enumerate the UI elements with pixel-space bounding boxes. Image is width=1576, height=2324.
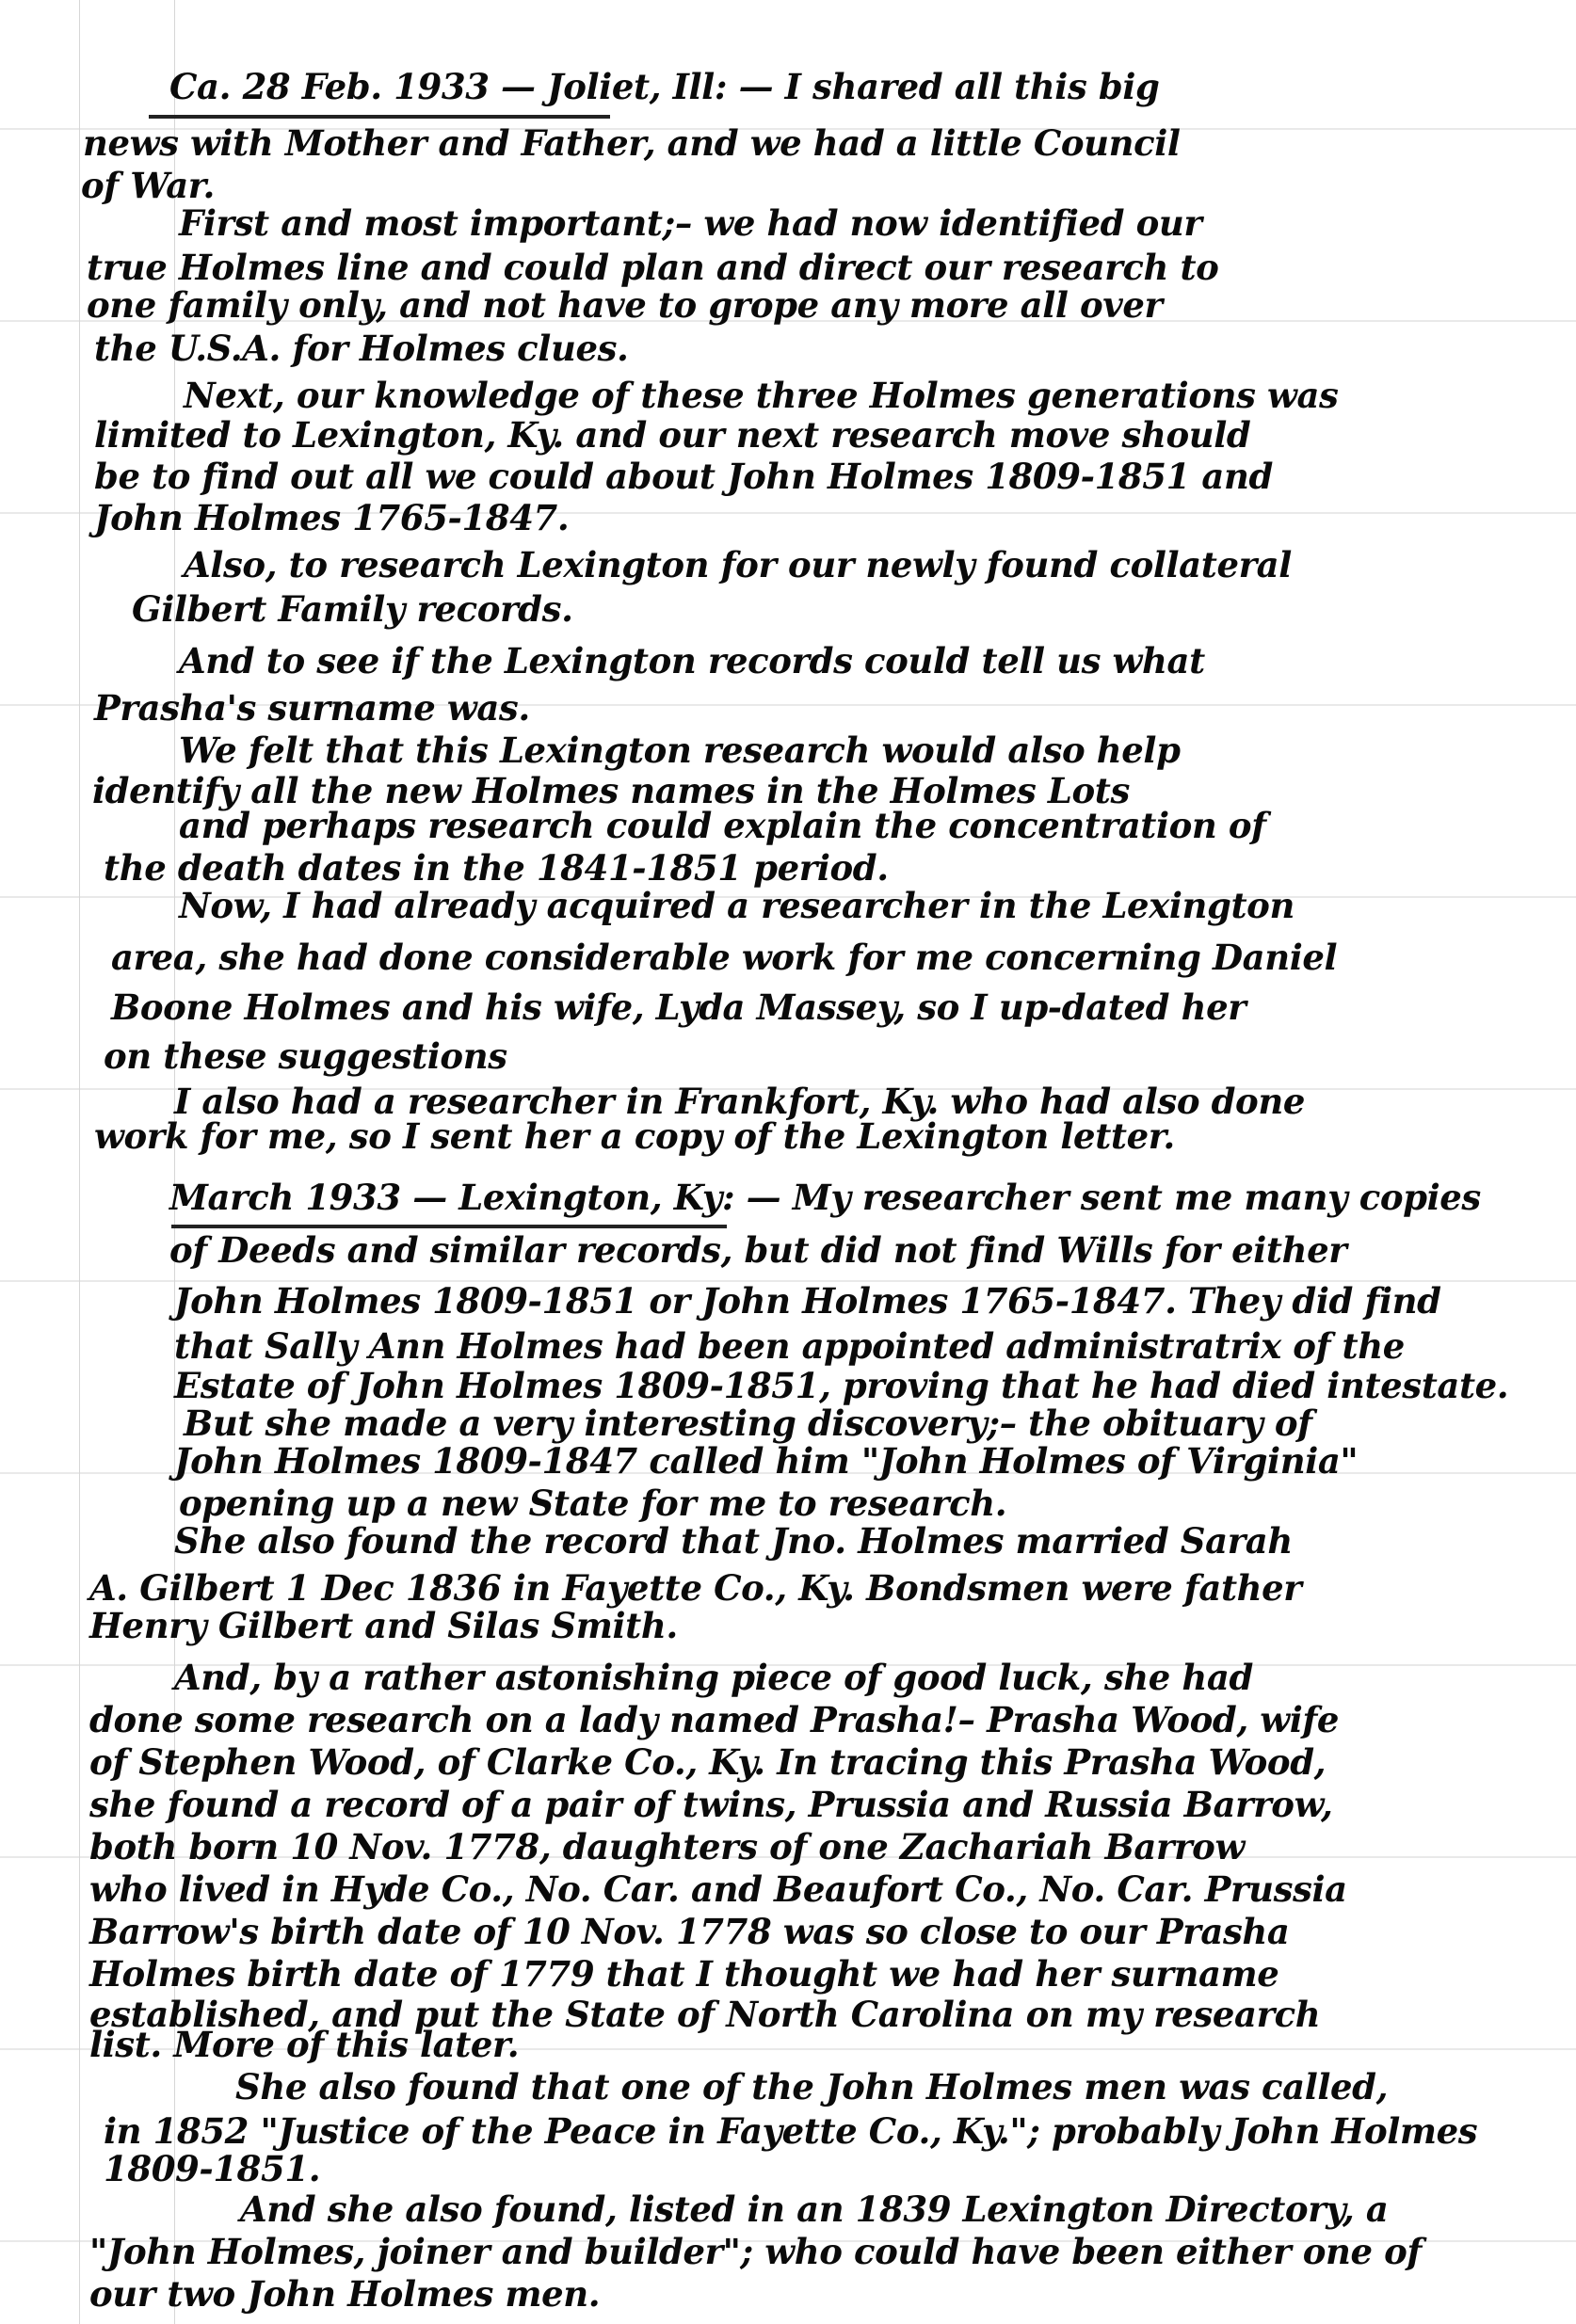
- entry-heading-line: March 1933 — Lexington, Ky: — My researc…: [169, 1177, 1481, 1218]
- text-line: Also, to research Lexington for our newl…: [184, 544, 1292, 585]
- text-line: the U.S.A. for Holmes clues.: [94, 328, 629, 369]
- text-line: First and most important;– we had now id…: [179, 202, 1202, 244]
- text-line: Next, our knowledge of these three Holme…: [184, 375, 1338, 416]
- text-line: on these suggestions: [104, 1035, 507, 1077]
- text-line: news with Mother and Father, and we had …: [83, 122, 1181, 164]
- text-line: and perhaps research could explain the c…: [179, 805, 1266, 846]
- text-line: Holmes birth date of 1779 that I thought…: [89, 1953, 1278, 1995]
- entry-heading-line: Ca. 28 Feb. 1933 — Joliet, Ill: — I shar…: [169, 66, 1535, 107]
- text-line: in 1852 "Justice of the Peace in Fayette…: [104, 2110, 1477, 2152]
- text-line: she found a record of a pair of twins, P…: [89, 1784, 1333, 1825]
- text-line: opening up a new State for me to researc…: [179, 1483, 1006, 1524]
- text-line: limited to Lexington, Ky. and our next r…: [94, 414, 1250, 456]
- heading-underline: [149, 115, 610, 119]
- text-line: be to find out all we could about John H…: [94, 456, 1273, 497]
- text-line: of War.: [81, 165, 215, 206]
- text-line: area, she had done considerable work for…: [111, 937, 1337, 978]
- text-line: Boone Holmes and his wife, Lyda Massey, …: [111, 986, 1246, 1028]
- text-line: "John Holmes, joiner and builder"; who c…: [89, 2231, 1422, 2272]
- journal-page: Ca. 28 Feb. 1933 — Joliet, Ill: — I shar…: [0, 0, 1576, 2324]
- text-line: A. Gilbert 1 Dec 1836 in Fayette Co., Ky…: [89, 1567, 1301, 1609]
- text-line: both born 10 Nov. 1778, daughters of one…: [89, 1826, 1245, 1867]
- text-line: Now, I had already acquired a researcher…: [179, 885, 1295, 926]
- text-line: that Sally Ann Holmes had been appointed…: [174, 1325, 1405, 1367]
- text-line: John Holmes 1809-1851 or John Holmes 176…: [174, 1280, 1441, 1322]
- left-margin-line: [79, 0, 80, 2324]
- text-line: done some research on a lady named Prash…: [89, 1699, 1339, 1740]
- text-line: But she made a very interesting discover…: [184, 1402, 1312, 1444]
- heading-underline: [171, 1225, 727, 1228]
- text-line: We felt that this Lexington research wou…: [179, 729, 1181, 771]
- text-line: our two John Holmes men.: [89, 2273, 600, 2315]
- text-line: She also found the record that Jno. Holm…: [174, 1520, 1293, 1562]
- text-line: Barrow's birth date of 10 Nov. 1778 was …: [89, 1911, 1289, 1952]
- text-line: who lived in Hyde Co., No. Car. and Beau…: [89, 1868, 1347, 1910]
- text-line: John Holmes 1765-1847.: [94, 497, 569, 538]
- text-line: 1809-1851.: [104, 2148, 320, 2189]
- text-line: Gilbert Family records.: [132, 588, 573, 630]
- text-line: the death dates in the 1841-1851 period.: [104, 847, 889, 889]
- text-line: And, by a rather astonishing piece of go…: [174, 1657, 1253, 1698]
- text-line: true Holmes line and could plan and dire…: [87, 247, 1218, 288]
- text-line: of Stephen Wood, of Clarke Co., Ky. In t…: [89, 1741, 1326, 1783]
- text-line: She also found that one of the John Holm…: [235, 2066, 1388, 2108]
- text-line: work for me, so I sent her a copy of the…: [94, 1115, 1175, 1157]
- text-line: And to see if the Lexington records coul…: [179, 640, 1205, 681]
- text-line: of Deeds and similar records, but did no…: [169, 1229, 1346, 1271]
- text-line: John Holmes 1809-1847 called him "John H…: [174, 1440, 1358, 1482]
- text-line: list. More of this later.: [89, 2024, 519, 2065]
- text-line: And she also found, listed in an 1839 Le…: [240, 2188, 1388, 2230]
- text-line: Prasha's surname was.: [94, 687, 530, 729]
- text-line: Henry Gilbert and Silas Smith.: [89, 1605, 678, 1646]
- text-line: Estate of John Holmes 1809-1851, proving…: [174, 1365, 1508, 1406]
- text-line: one family only, and not have to grope a…: [87, 284, 1163, 326]
